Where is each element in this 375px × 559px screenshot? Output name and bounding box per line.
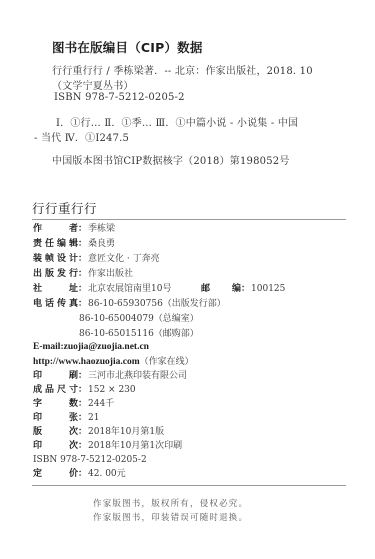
- cip-isbn-line: ISBN 978-7-5212-0205-2: [54, 92, 185, 103]
- colophon-printer: 印刷：三河市北燕印装有限公司: [33, 370, 187, 382]
- email-link[interactable]: E-mail:zuojia@zuojia.net.cn: [33, 342, 149, 352]
- address-value: 北京农展馆南里10号: [88, 284, 171, 294]
- website-link[interactable]: http://www.haozuojia.com: [33, 357, 140, 367]
- editor-label: 责任编辑: [33, 238, 78, 250]
- printing-value: 2018年10月第1次印刷: [88, 441, 182, 451]
- colophon-author: 作者：季栋梁: [33, 223, 115, 235]
- phone-value-1: 86-10-65930756（出版发行部）: [88, 299, 226, 309]
- sheets-label: 印张: [33, 412, 78, 424]
- publisher-value: 作家出版社: [88, 269, 133, 279]
- colophon-word-count: 字数：244千: [33, 398, 114, 410]
- printer-value: 三河市北燕印装有限公司: [88, 371, 187, 381]
- design-label: 装帧设计: [33, 253, 78, 265]
- colophon-printing: 印次：2018年10月第1次印刷: [33, 440, 182, 452]
- colophon-phone-3: 86-10-65015116（邮购部）: [33, 328, 199, 340]
- author-value: 季栋梁: [88, 224, 115, 234]
- top-divider: [32, 219, 346, 220]
- address-label: 社址: [33, 283, 78, 295]
- cip-classification-line: Ⅰ．①行… Ⅱ．①季… Ⅲ．①中篇小说 - 小说集 - 中国: [56, 114, 298, 129]
- edition-label: 版次: [33, 426, 78, 438]
- postcode-value: 100125: [251, 284, 285, 294]
- printing-label: 印次: [33, 440, 78, 452]
- design-value: 意匠文化 · 丁奔亮: [88, 254, 160, 264]
- bottom-divider: [32, 485, 346, 486]
- editor-value: 桑良勇: [88, 239, 115, 249]
- return-notice: 作家版图书，印装错误可随时退换。: [93, 511, 248, 523]
- colophon-price: 定价：42. 00元: [33, 468, 126, 480]
- colophon-phone-2: 86-10-65004079（总编室）: [33, 313, 199, 325]
- size-label: 成品尺寸: [33, 384, 78, 396]
- cip-catalog-line: 行行重行行 / 季栋梁著．-- 北京：作家出版社，2018. 10: [52, 62, 313, 77]
- colophon-postcode: 邮编：100125: [201, 283, 285, 295]
- author-label: 作者: [33, 223, 78, 235]
- colophon-size: 成品尺寸：152 × 230: [33, 384, 136, 396]
- copyright-notice: 作家版图书，版权所有，侵权必究。: [93, 497, 248, 509]
- colophon-website: http://www.haozuojia.com（作家在线）: [33, 356, 194, 368]
- cip-series-line: （文学宁夏丛书）: [52, 77, 134, 92]
- cip-title: 图书在版编目（CIP）数据: [52, 38, 203, 56]
- colophon-address: 社址：北京农展馆南里10号: [33, 283, 171, 295]
- book-title: 行行重行行: [32, 199, 97, 217]
- publisher-label: 出版发行: [33, 268, 78, 280]
- postcode-label: 邮编: [201, 283, 241, 295]
- phone-value-3: 86-10-65015116（邮购部）: [79, 329, 199, 339]
- printer-label: 印刷: [33, 370, 78, 382]
- word-count-value: 244千: [88, 399, 114, 409]
- colophon-publisher: 出版发行：作家出版社: [33, 268, 133, 280]
- word-count-label: 字数: [33, 398, 78, 410]
- price-label: 定价: [33, 468, 78, 480]
- colophon-editor: 责任编辑：桑良勇: [33, 238, 115, 250]
- phone-value-2: 86-10-65004079（总编室）: [79, 314, 199, 324]
- website-note: （作家在线）: [140, 357, 194, 367]
- colophon-edition: 版次：2018年10月第1版: [33, 426, 164, 438]
- cip-registration-number: 中国版本图书馆CIP数据核字（2018）第198052号: [52, 152, 290, 167]
- price-value: 42. 00元: [88, 469, 126, 479]
- edition-value: 2018年10月第1版: [88, 427, 164, 437]
- colophon-sheets: 印张：21: [33, 412, 99, 424]
- cip-classification-line-2: - 当代 Ⅳ．①I247.5: [34, 129, 129, 144]
- colophon-design: 装帧设计：意匠文化 · 丁奔亮: [33, 253, 160, 265]
- colophon-isbn: ISBN 978-7-5212-0205-2: [33, 454, 147, 466]
- size-value: 152 × 230: [88, 385, 136, 395]
- colophon-phone: 电话传真：86-10-65930756（出版发行部）: [33, 298, 226, 310]
- phone-label: 电话传真: [33, 298, 78, 310]
- isbn-value: ISBN 978-7-5212-0205-2: [33, 455, 147, 465]
- colophon-email: E-mail:zuojia@zuojia.net.cn: [33, 341, 149, 353]
- sheets-value: 21: [88, 413, 99, 423]
